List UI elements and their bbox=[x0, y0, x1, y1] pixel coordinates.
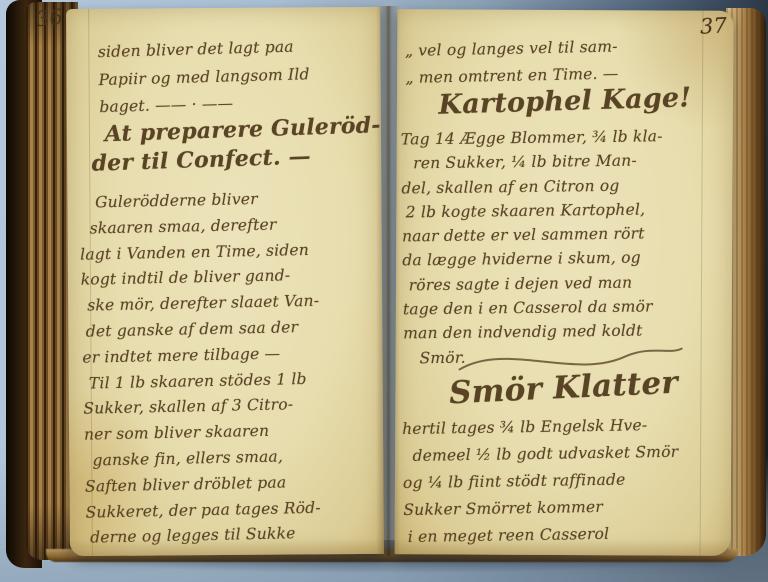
right-page: „ vel og langes vel til sam- „ men omtre… bbox=[395, 9, 734, 556]
manuscript-line: Sukker, skallen af 3 Citro- bbox=[83, 392, 321, 423]
manuscript-photo: siden bliver det lagt paa Papiir og med … bbox=[0, 0, 768, 582]
left-recipe-heading: At preparere Guleröd- der til Confect. — bbox=[90, 111, 382, 179]
manuscript-line: da lægge hviderne i skum, og bbox=[402, 246, 664, 273]
manuscript-line: Papiir og med langsom Ild bbox=[98, 61, 310, 94]
manuscript-line: Tag 14 Ægge Blommer, ¾ lb kla- bbox=[401, 124, 663, 151]
right-recipe-body-1: Tag 14 Ægge Blommer, ¾ lb kla- ren Sukke… bbox=[401, 124, 666, 370]
manuscript-line: det ganske af dem saa der bbox=[86, 315, 320, 346]
manuscript-line: i en meget reen Casserol bbox=[408, 520, 680, 551]
manuscript-line: tage den i en Casserol da smör bbox=[403, 294, 665, 321]
left-page: siden bliver det lagt paa Papiir og med … bbox=[66, 7, 384, 556]
page-number-left: 36 bbox=[35, 5, 64, 32]
manuscript-line: 2 lb kogte skaaren Kartophel, bbox=[406, 197, 664, 224]
page-number-right: 37 bbox=[699, 13, 727, 38]
manuscript-line: naar dette er vel sammen rört bbox=[402, 221, 664, 248]
manuscript-line: ren Sukker, ¼ lb bitre Man- bbox=[413, 149, 663, 176]
manuscript-line: derne og legges til Sukke bbox=[90, 521, 324, 552]
left-recipe-body: Gulerödderne bliver skaaren smaa, dereft… bbox=[79, 186, 324, 552]
right-recipe-body-2: hertil tages ¾ lb Engelsk Hve- demeel ½ … bbox=[402, 412, 680, 551]
manuscript-line: röres sagte i dejen ved man bbox=[408, 270, 664, 297]
right-intro-paragraph: „ vel og langes vel til sam- „ men omtre… bbox=[405, 33, 619, 91]
manuscript-line: del, skallen af en Citron og bbox=[401, 173, 663, 200]
book-gutter bbox=[376, 6, 400, 556]
manuscript-line: Sukker Smörret kommer bbox=[403, 493, 679, 524]
left-intro-paragraph: siden bliver det lagt paa Papiir og med … bbox=[97, 33, 310, 121]
manuscript-line: hertil tages ¾ lb Engelsk Hve- bbox=[402, 412, 678, 443]
manuscript-line: demeel ½ lb godt udvasket Smör bbox=[412, 439, 678, 470]
manuscript-line: og ¼ lb fiint stödt raffinade bbox=[403, 466, 679, 497]
